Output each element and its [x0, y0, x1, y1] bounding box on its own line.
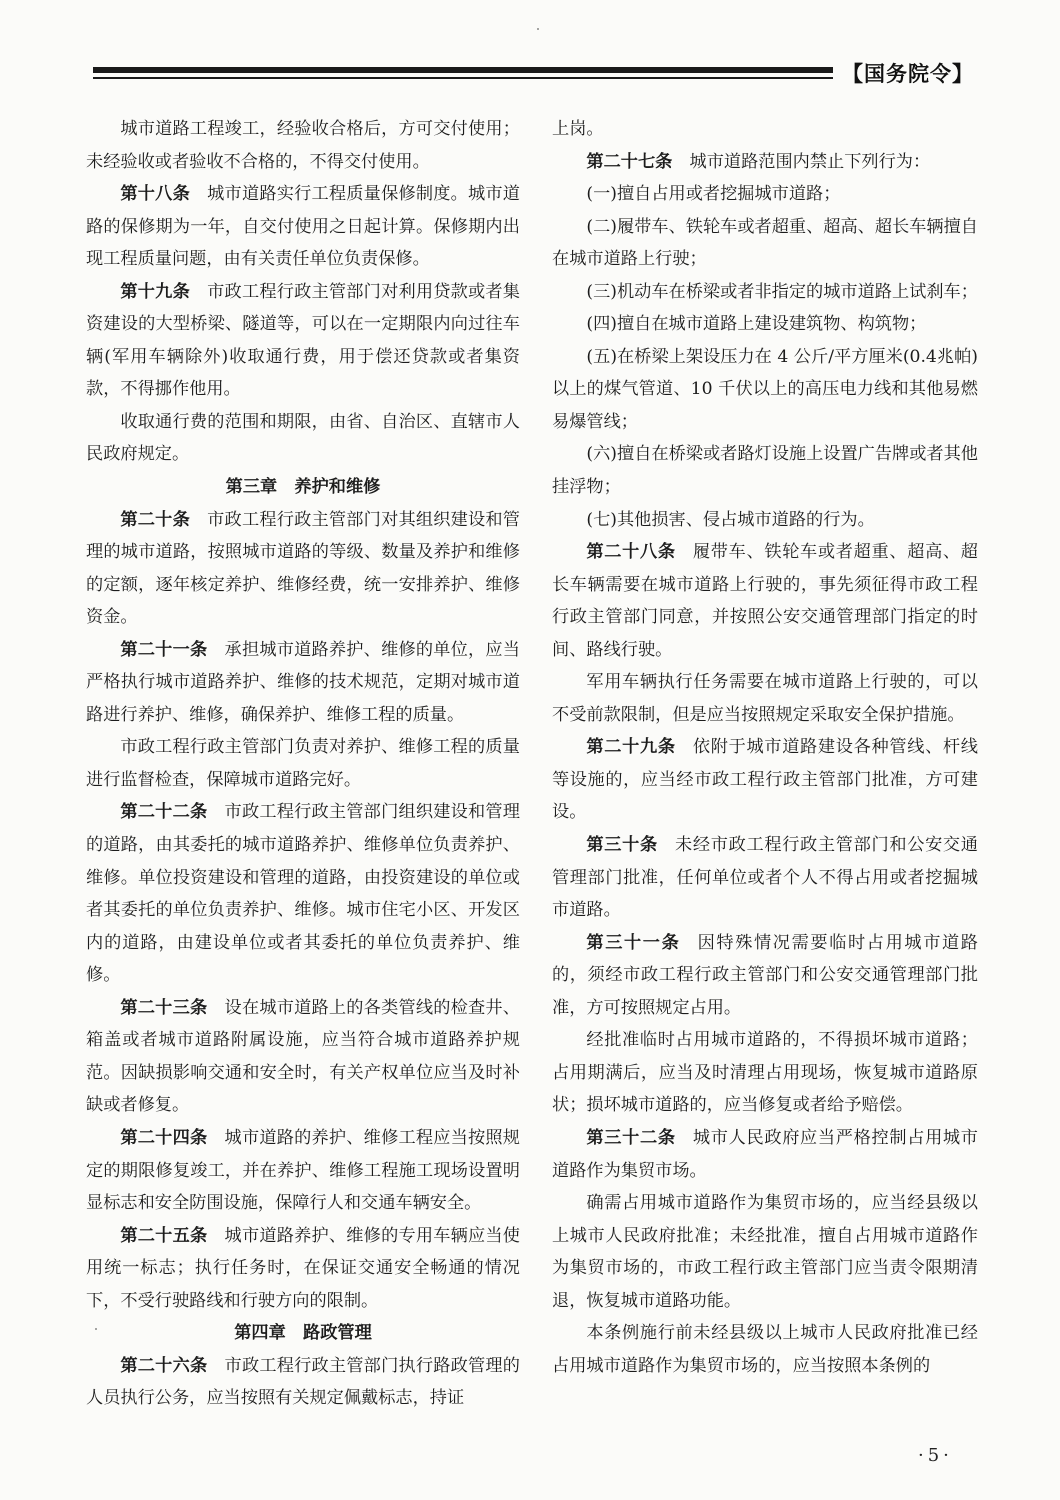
- article-number: 第二十七条: [586, 152, 672, 172]
- body-paragraph: 城市道路工程竣工，经验收合格后，方可交付使用；未经验收或者验收不合格的，不得交付…: [86, 113, 520, 178]
- body-paragraph: 市政工程行政主管部门负责对养护、维修工程的质量进行监督检查，保障城市道路完好。: [86, 731, 520, 796]
- article-number: 第二十六条: [120, 1356, 207, 1376]
- article-number: 第二十一条: [120, 640, 207, 660]
- article-number: 第二十九条: [586, 737, 675, 757]
- paragraph-text: 城市道路工程竣工，经验收合格后，方可交付使用；未经验收或者验收不合格的，不得交付…: [86, 119, 520, 172]
- scan-speck: [95, 1328, 97, 1330]
- article-paragraph: 第二十九条依附于城市道路建设各种管线、杆线等设施的，应当经市政工程行政主管部门批…: [552, 731, 978, 829]
- body-paragraph: (二)履带车、铁轮车或者超重、超高、超长车辆擅自在城市道路上行驶；: [552, 211, 978, 276]
- paragraph-text: (二)履带车、铁轮车或者超重、超高、超长车辆擅自在城市道路上行驶；: [552, 217, 978, 270]
- body-paragraph: (七)其他损害、侵占城市道路的行为。: [552, 504, 978, 537]
- paragraph-text: (七)其他损害、侵占城市道路的行为。: [586, 510, 874, 530]
- article-number: 第三十二条: [586, 1128, 675, 1148]
- article-number: 第三十条: [586, 835, 657, 855]
- article-number: 第十八条: [120, 184, 190, 204]
- paragraph-text: (三)机动车在桥梁或者非指定的城市道路上试刹车；: [586, 282, 978, 302]
- article-paragraph: 第二十五条城市道路养护、维修的专用车辆应当使用统一标志；执行任务时，在保证交通安…: [86, 1220, 520, 1318]
- right-column: 上岗。第二十七条城市道路范围内禁止下列行为：(一)擅自占用或者挖掘城市道路；(二…: [552, 113, 978, 1382]
- body-paragraph: 收取通行费的范围和期限，由省、自治区、直辖市人民政府规定。: [86, 406, 520, 471]
- body-paragraph: (三)机动车在桥梁或者非指定的城市道路上试刹车；: [552, 276, 978, 309]
- paragraph-text: 军用车辆执行任务需要在城市道路上行驶的，可以不受前款限制，但是应当按照规定采取安…: [552, 672, 978, 725]
- article-number: 第三十一条: [586, 933, 680, 953]
- article-paragraph: 第三十二条城市人民政府应当严格控制占用城市道路作为集贸市场。: [552, 1122, 978, 1187]
- article-paragraph: 第二十四条城市道路的养护、维修工程应当按照规定的期限修复竣工，并在养护、维修工程…: [86, 1122, 520, 1220]
- article-paragraph: 第三十条未经市政工程行政主管部门和公安交通管理部门批准，任何单位或者个人不得占用…: [552, 829, 978, 927]
- body-paragraph: (一)擅自占用或者挖掘城市道路；: [552, 178, 978, 211]
- paragraph-text: 上岗。: [552, 119, 604, 139]
- body-paragraph: (五)在桥梁上架设压力在 4 公斤/平方厘米(0.4兆帕)以上的煤气管道、10 …: [552, 341, 978, 439]
- section-label: 【国务院令】: [842, 58, 974, 88]
- article-paragraph: 第二十六条市政工程行政主管部门执行路政管理的人员执行公务，应当按照有关规定佩戴标…: [86, 1350, 520, 1415]
- left-column: 城市道路工程竣工，经验收合格后，方可交付使用；未经验收或者验收不合格的，不得交付…: [86, 113, 520, 1415]
- body-paragraph: (四)擅自在城市道路上建设建筑物、构筑物；: [552, 308, 978, 341]
- header-rule-thin: [93, 77, 833, 79]
- paragraph-text: 确需占用城市道路作为集贸市场的，应当经县级以上城市人民政府批准；未经批准，擅自占…: [552, 1193, 978, 1311]
- paragraph-text: (六)擅自在桥梁或者路灯设施上设置广告牌或者其他挂浮物；: [552, 444, 978, 497]
- paragraph-text: (五)在桥梁上架设压力在 4 公斤/平方厘米(0.4兆帕)以上的煤气管道、10 …: [552, 347, 978, 432]
- scan-speck: [537, 28, 539, 30]
- article-paragraph: 第十八条城市道路实行工程质量保修制度。城市道路的保修期为一年，自交付使用之日起计…: [86, 178, 520, 276]
- article-paragraph: 第二十条市政工程行政主管部门对其组织建设和管理的城市道路，按照城市道路的等级、数…: [86, 504, 520, 634]
- chapter-title: 路政管理: [303, 1323, 372, 1343]
- chapter-heading: 第四章路政管理: [86, 1317, 520, 1350]
- paragraph-text: (一)擅自占用或者挖掘城市道路；: [586, 184, 840, 204]
- article-number: 第二十二条: [120, 802, 207, 822]
- chapter-number: 第三章: [226, 477, 278, 497]
- paragraph-text: 城市道路范围内禁止下列行为：: [690, 152, 931, 172]
- body-paragraph: 军用车辆执行任务需要在城市道路上行驶的，可以不受前款限制，但是应当按照规定采取安…: [552, 666, 978, 731]
- article-paragraph: 第二十二条市政工程行政主管部门组织建设和管理的道路，由其委托的城市道路养护、维修…: [86, 796, 520, 991]
- article-paragraph: 第二十七条城市道路范围内禁止下列行为：: [552, 146, 978, 179]
- chapter-number: 第四章: [234, 1323, 286, 1343]
- body-paragraph: 本条例施行前未经县级以上城市人民政府批准已经占用城市道路作为集贸市场的，应当按照…: [552, 1317, 978, 1382]
- header-rule-thick: [93, 67, 833, 73]
- page-number: ·5·: [918, 1445, 953, 1466]
- paragraph-text: 经批准临时占用城市道路的，不得损坏城市道路；占用期满后，应当及时清理占用现场，恢…: [552, 1030, 978, 1115]
- article-number: 第二十五条: [120, 1226, 207, 1246]
- article-number: 第十九条: [120, 282, 190, 302]
- chapter-heading: 第三章养护和维修: [86, 471, 520, 504]
- paragraph-text: 市政工程行政主管部门负责对养护、维修工程的质量进行监督检查，保障城市道路完好。: [86, 737, 520, 790]
- body-paragraph: 上岗。: [552, 113, 978, 146]
- article-number: 第二十八条: [586, 542, 675, 562]
- article-paragraph: 第十九条市政工程行政主管部门对利用贷款或者集资建设的大型桥梁、隧道等，可以在一定…: [86, 276, 520, 406]
- article-number: 第二十三条: [120, 998, 207, 1018]
- paragraph-text: 市政工程行政主管部门组织建设和管理的道路，由其委托的城市道路养护、维修单位负责养…: [86, 802, 520, 985]
- chapter-title: 养护和维修: [294, 477, 380, 497]
- body-paragraph: 确需占用城市道路作为集贸市场的，应当经县级以上城市人民政府批准；未经批准，擅自占…: [552, 1187, 978, 1317]
- article-paragraph: 第二十三条设在城市道路上的各类管线的检查井、箱盖或者城市道路附属设施，应当符合城…: [86, 992, 520, 1122]
- article-paragraph: 第三十一条因特殊情况需要临时占用城市道路的，须经市政工程行政主管部门和公安交通管…: [552, 927, 978, 1025]
- article-paragraph: 第二十八条履带车、铁轮车或者超重、超高、超长车辆需要在城市道路上行驶的，事先须征…: [552, 536, 978, 666]
- body-paragraph: 经批准临时占用城市道路的，不得损坏城市道路；占用期满后，应当及时清理占用现场，恢…: [552, 1024, 978, 1122]
- article-paragraph: 第二十一条承担城市道路养护、维修的单位，应当严格执行城市道路养护、维修的技术规范…: [86, 634, 520, 732]
- paragraph-text: (四)擅自在城市道路上建设建筑物、构筑物；: [586, 314, 926, 334]
- article-number: 第二十四条: [120, 1128, 207, 1148]
- article-number: 第二十条: [120, 510, 190, 530]
- body-paragraph: (六)擅自在桥梁或者路灯设施上设置广告牌或者其他挂浮物；: [552, 438, 978, 503]
- paragraph-text: 收取通行费的范围和期限，由省、自治区、直辖市人民政府规定。: [86, 412, 520, 465]
- paragraph-text: 本条例施行前未经县级以上城市人民政府批准已经占用城市道路作为集贸市场的，应当按照…: [552, 1323, 978, 1376]
